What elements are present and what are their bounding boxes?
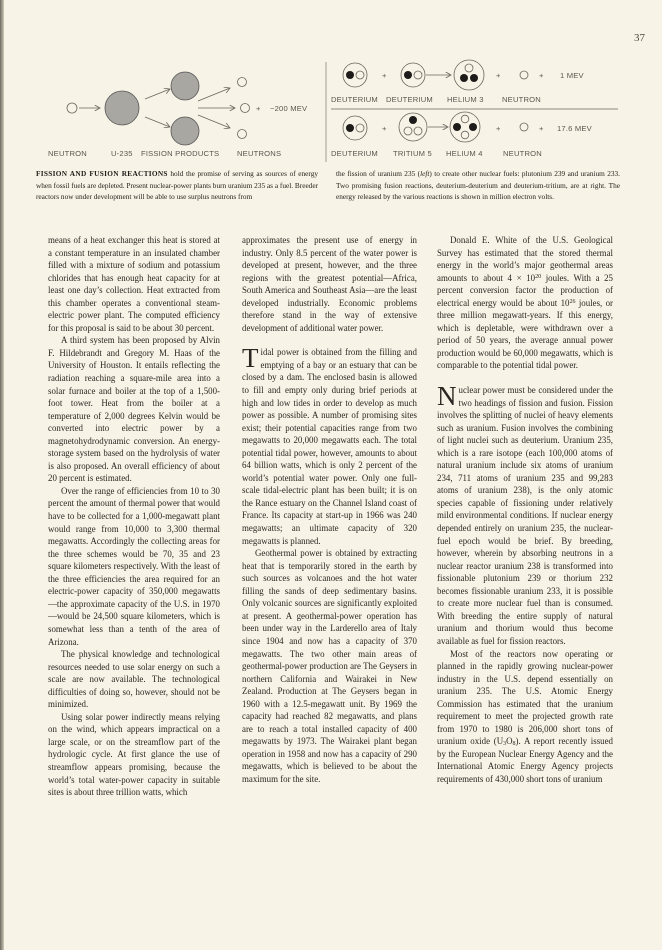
- paragraph: approximates the present use of energy i…: [242, 234, 417, 334]
- fission-energy-label: ~200 MEV: [270, 104, 308, 113]
- fission-product-icon: [171, 117, 199, 145]
- svg-text:+: +: [496, 71, 501, 80]
- neutron-icon: [520, 123, 528, 131]
- neutron-icon: [241, 104, 250, 113]
- label-neutrons: NEUTRONS: [237, 149, 281, 158]
- label-u235: U-235: [111, 149, 133, 158]
- svg-text:DEUTERIUM: DEUTERIUM: [331, 95, 378, 104]
- helium3-nucleus-icon: [454, 60, 484, 90]
- caption-figure-ref: left: [420, 169, 429, 178]
- paragraph: Over the range of efficiencies from 10 t…: [48, 485, 220, 648]
- svg-text:DEUTERIUM: DEUTERIUM: [331, 149, 378, 158]
- svg-text:DEUTERIUM: DEUTERIUM: [386, 95, 433, 104]
- drop-cap: T: [242, 347, 259, 369]
- label-fission-products: FISSION PRODUCTS: [141, 149, 219, 158]
- body-column-3: Donald E. White of the U.S. Geological S…: [437, 234, 613, 786]
- drop-cap: N: [437, 385, 457, 407]
- svg-text:+: +: [496, 124, 501, 133]
- label-neutron: NEUTRON: [48, 149, 87, 158]
- paragraph: A third system has been proposed by Alvi…: [48, 334, 220, 485]
- paragraph: Most of the reactors now operating or pl…: [437, 648, 613, 786]
- body-column-1: means of a heat exchanger this heat is s…: [48, 234, 220, 799]
- paragraph: Using solar power indirectly means relyi…: [48, 711, 220, 799]
- paragraph: Geothermal power is obtained by extracti…: [242, 547, 417, 785]
- svg-text:HELIUM 4: HELIUM 4: [446, 149, 483, 158]
- incoming-neutron-icon: [67, 103, 77, 113]
- svg-text:+: +: [382, 71, 387, 80]
- body-column-2: approximates the present use of energy i…: [242, 234, 417, 786]
- plus-sign: +: [256, 104, 261, 113]
- svg-text:NEUTRON: NEUTRON: [502, 95, 541, 104]
- neutron-icon: [520, 71, 528, 79]
- svg-text:+: +: [382, 124, 387, 133]
- figure-caption-left: FISSION AND FUSION REACTIONS hold the pr…: [36, 168, 318, 203]
- tidal-power-paragraph: Tidal power is obtained from the filling…: [242, 346, 417, 547]
- fission-fusion-diagram: + ~200 MEV NEUTRON U-235 FISSION PRODUCT…: [0, 0, 662, 165]
- svg-text:NEUTRON: NEUTRON: [503, 149, 542, 158]
- u235-nucleus-icon: [105, 91, 139, 125]
- caption-lead: FISSION AND FUSION REACTIONS: [36, 169, 168, 178]
- svg-text:+: +: [539, 124, 544, 133]
- fusion-reaction-dd: + + + 1 MEV DEUTERIUM DEUTERIUM HELIUM 3…: [331, 60, 585, 104]
- fusion-reaction-dt: + + + 17.6 MEV DEUTERIUM TRITIUM 5 HELIU…: [331, 112, 593, 158]
- fission-product-icon: [171, 72, 199, 100]
- paragraph: Donald E. White of the U.S. Geological S…: [437, 234, 613, 372]
- svg-text:HELIUM 3: HELIUM 3: [447, 95, 484, 104]
- svg-text:TRITIUM 5: TRITIUM 5: [393, 149, 432, 158]
- paragraph: The physical knowledge and technological…: [48, 648, 220, 711]
- neutron-icon: [238, 130, 247, 139]
- neutron-icon: [238, 78, 247, 87]
- figure-caption-right: the fission of uranium 235 (left) to cre…: [336, 168, 620, 203]
- fission-reaction: + ~200 MEV NEUTRON U-235 FISSION PRODUCT…: [48, 72, 308, 158]
- dt-energy-label: 17.6 MEV: [557, 124, 593, 133]
- reaction-diagram-svg: + ~200 MEV NEUTRON U-235 FISSION PRODUCT…: [0, 0, 662, 165]
- dd-energy-label: 1 MEV: [560, 71, 585, 80]
- nuclear-power-paragraph: Nuclear power must be considered under t…: [437, 384, 613, 647]
- paragraph: means of a heat exchanger this heat is s…: [48, 234, 220, 334]
- svg-text:+: +: [539, 71, 544, 80]
